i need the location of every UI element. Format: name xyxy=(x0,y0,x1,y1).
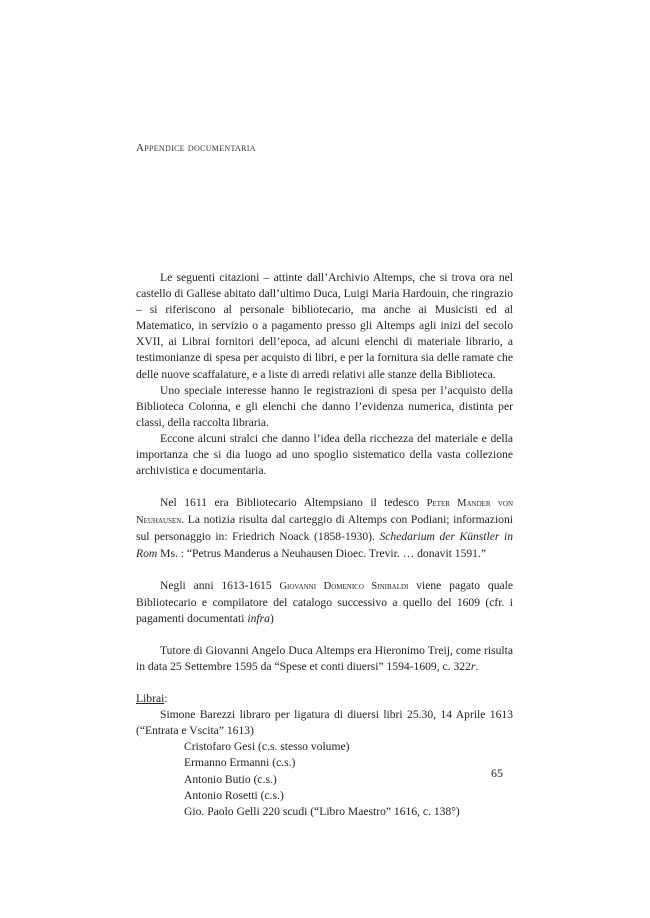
paragraph-stralci: Eccone alcuni stralci che danno l’idea d… xyxy=(136,431,513,479)
librai-item: Ermanno Ermanni (c.s.) xyxy=(136,755,513,771)
person-name: Giovanni Domenico Sinibaldi xyxy=(279,581,408,592)
page-number: 65 xyxy=(491,766,503,781)
librai-item: Antonio Rosetti (c.s.) xyxy=(136,788,513,804)
paragraph-tutore: Tutore di Giovanni Angelo Duca Altemps e… xyxy=(136,643,513,675)
librai-heading: Librai: xyxy=(136,691,513,707)
page-body: Le seguenti citazioni – attinte dall’Arc… xyxy=(136,270,513,820)
paragraph-biblioteca-colonna: Uno speciale interesse hanno le registra… xyxy=(136,383,513,431)
librai-item: Cristofaro Gesi (c.s. stesso volume) xyxy=(136,739,513,755)
document-page: Appendice documentaria Le seguenti citaz… xyxy=(0,0,650,918)
paragraph-mander: Nel 1611 era Bibliotecario Altempsiano i… xyxy=(136,495,513,561)
librai-item: Antonio Butio (c.s.) xyxy=(136,772,513,788)
running-head: Appendice documentaria xyxy=(136,142,256,154)
librai-item: Simone Barezzi libraro per ligatura di d… xyxy=(136,707,513,739)
librai-item: Gio. Paolo Gelli 220 scudi (“Libro Maest… xyxy=(136,804,513,820)
paragraph-intro: Le seguenti citazioni – attinte dall’Arc… xyxy=(136,270,513,383)
paragraph-sinibaldi: Negli anni 1613-1615 Giovanni Domenico S… xyxy=(136,578,513,627)
